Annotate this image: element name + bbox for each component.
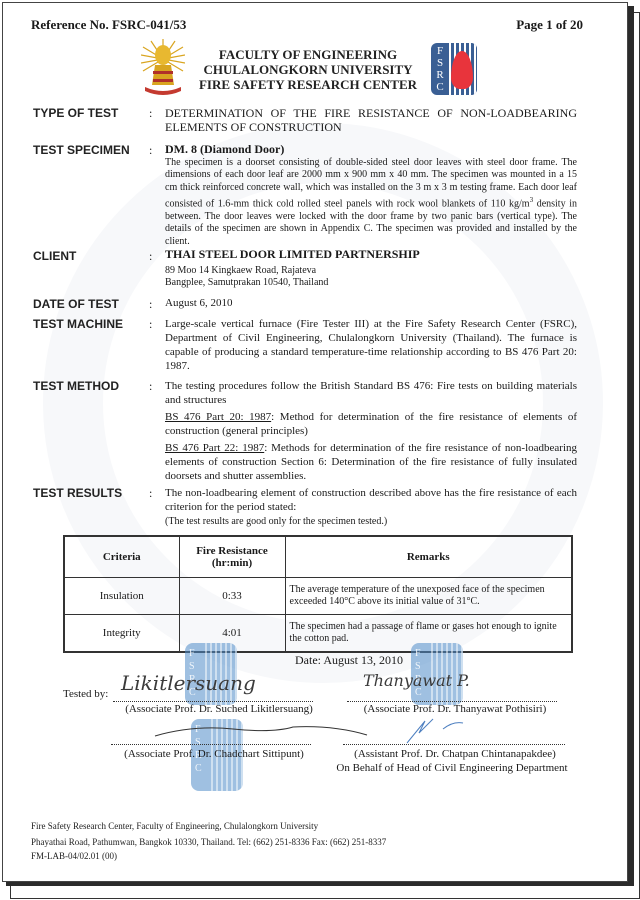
signature-line — [113, 701, 313, 702]
results-table: Criteria Fire Resistance (hr:min) Remark… — [63, 535, 573, 653]
signature-date: Date: August 13, 2010 — [295, 653, 403, 668]
fsrc-letter: S — [434, 57, 446, 69]
table-row: Integrity 4:01 The specimen had a passag… — [64, 615, 572, 653]
colon: : — [149, 106, 152, 121]
type-of-test-value: DETERMINATION OF THE FIRE RESISTANCE OF … — [165, 106, 577, 134]
table-header-row: Criteria Fire Resistance (hr:min) Remark… — [64, 536, 572, 578]
client-label: CLIENT — [33, 249, 76, 263]
reference-number: Reference No. FSRC-041/53 — [31, 17, 186, 33]
criteria-cell: Insulation — [64, 578, 179, 615]
date-of-test-label: DATE OF TEST — [33, 297, 119, 311]
title-line-university: CHULALONGKORN UNIVERSITY — [193, 62, 423, 77]
specimen-description: The specimen is a doorset consisting of … — [165, 157, 577, 249]
colon: : — [149, 297, 152, 312]
signer-3-name: (Associate Prof. Dr. Chadchart Sittipunt… — [99, 748, 329, 760]
document-page: Reference No. FSRC-041/53 Page 1 of 20 F… — [2, 2, 628, 882]
title-line-center: FIRE SAFETY RESEARCH CENTER — [193, 77, 423, 92]
colon: : — [149, 249, 152, 264]
test-results-value: The non-loadbearing element of construct… — [165, 486, 577, 514]
client-address-line2: Bangplee, Samutprakan 10540, Thailand — [165, 277, 577, 290]
date-of-test-value: August 6, 2010 — [165, 297, 577, 311]
remarks-cell: The average temperature of the unexposed… — [285, 578, 572, 615]
test-results-block: The non-loadbearing element of construct… — [165, 486, 577, 529]
colon: : — [149, 486, 152, 501]
fire-resistance-cell: 0:33 — [179, 578, 285, 615]
test-method-label: TEST METHOD — [33, 379, 119, 393]
client-block: THAI STEEL DOOR LIMITED PARTNERSHIP 89 M… — [165, 248, 577, 290]
criteria-cell: Integrity — [64, 615, 179, 653]
signature-line — [343, 744, 565, 745]
colon: : — [149, 317, 152, 332]
tested-by-label: Tested by: — [63, 688, 108, 700]
test-machine-label: TEST MACHINE — [33, 317, 123, 331]
signer-4-note: On Behalf of Head of Civil Engineering D… — [317, 762, 587, 774]
test-method-block: The testing procedures follow the Britis… — [165, 379, 577, 483]
form-code: FM-LAB-04/02.01 (00) — [31, 851, 117, 861]
page-number: Page 1 of 20 — [516, 17, 583, 33]
test-results-label: TEST RESULTS — [33, 486, 122, 500]
signature-2: Thanyawat P. — [363, 671, 470, 690]
signature-4-stroke — [403, 711, 483, 745]
test-specimen-block: DM. 8 (Diamond Door) The specimen is a d… — [165, 143, 577, 248]
standard-part-22: BS 476 Part 22: 1987: Methods for determ… — [165, 441, 577, 483]
client-address-line1: 89 Moo 14 Kingkaew Road, Rajateva — [165, 265, 577, 278]
table-row: Insulation 0:33 The average temperature … — [64, 578, 572, 615]
test-machine-value: Large-scale vertical furnace (Fire Teste… — [165, 317, 577, 373]
chulalongkorn-emblem-icon — [141, 39, 185, 97]
colon: : — [149, 143, 152, 158]
standard-code: BS 476 Part 22: 1987 — [165, 442, 264, 454]
client-name: THAI STEEL DOOR LIMITED PARTNERSHIP — [165, 248, 577, 262]
fsrc-letter: F — [434, 45, 446, 57]
fsrc-logo-icon: F S R C — [431, 43, 477, 95]
signature-3-stroke — [153, 721, 373, 741]
footer-line-1: Fire Safety Research Center, Faculty of … — [31, 821, 318, 831]
signature-line — [111, 744, 311, 745]
institution-title: FACULTY OF ENGINEERING CHULALONGKORN UNI… — [193, 47, 423, 92]
test-results-note: (The test results are good only for the … — [165, 516, 577, 529]
signer-1-name: (Associate Prof. Dr. Suched Likitlersuan… — [99, 703, 339, 715]
test-method-intro: The testing procedures follow the Britis… — [165, 379, 577, 407]
fsrc-letter: R — [434, 69, 446, 81]
header-fire-resistance: Fire Resistance (hr:min) — [179, 536, 285, 578]
signer-4-name: (Assistant Prof. Dr. Chatpan Chintanapak… — [325, 748, 585, 760]
test-specimen-label: TEST SPECIMEN — [33, 143, 130, 157]
header-remarks: Remarks — [285, 536, 572, 578]
signature-1: Likitlersuang — [121, 671, 256, 695]
fsrc-letter: C — [434, 81, 446, 93]
title-line-faculty: FACULTY OF ENGINEERING — [193, 47, 423, 62]
type-of-test-label: TYPE OF TEST — [33, 106, 118, 120]
header-criteria: Criteria — [64, 536, 179, 578]
specimen-name: DM. 8 (Diamond Door) — [165, 143, 577, 157]
colon: : — [149, 379, 152, 394]
signature-line — [347, 701, 557, 702]
standard-part-20: BS 476 Part 20: 1987: Method for determi… — [165, 410, 577, 438]
specimen-description-part: The specimen is a doorset consisting of … — [165, 157, 577, 210]
footer-line-2: Phayathai Road, Pathumwan, Bangkok 10330… — [31, 837, 386, 847]
standard-code: BS 476 Part 20: 1987 — [165, 411, 271, 423]
